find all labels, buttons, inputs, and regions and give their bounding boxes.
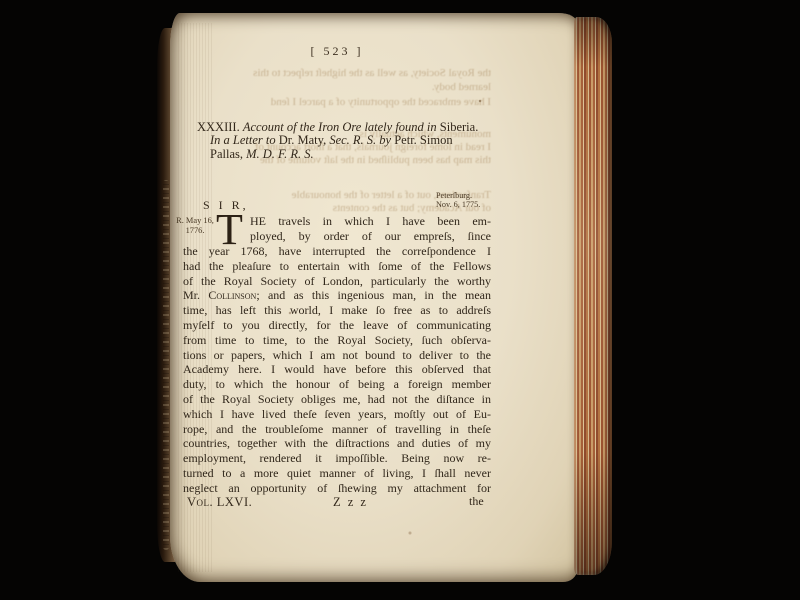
body-line: ployed, by order of our empreſs, ſince [250,229,491,244]
body-line: time, has left this world, I make ſo fre… [183,303,491,318]
adjacent-page-text-sliver [163,180,169,550]
article-title-line-1: XXXIII. Account of the Iron Ore lately f… [197,121,507,134]
body-line: the year 1768, have interrupted the corr… [183,244,491,259]
body-line: from time to time, to the Royal Society,… [183,333,491,348]
bleedthrough-line: the Royal Society, as well as the higheſ… [183,67,491,79]
body-opening-lines: HE travels in which I have been em- ploy… [250,214,491,244]
body-line: which I have lived theſe ſeven years, mo… [183,407,491,422]
body-line: of the Royal Society of London, particul… [183,274,491,289]
margin-note-dateline: Peterſburg. Nov. 6, 1775. [436,191,480,210]
drop-cap: T [216,213,243,247]
body-line: duty, to which the honour of being a for… [183,377,491,392]
book-fore-edge [574,17,612,575]
body-line: neglect an opportunity of ſhewing my att… [183,481,491,496]
body-line: of the Royal Society obliges me, had not… [183,392,491,407]
body-line: myſelf to you directly, for the leave of… [183,318,491,333]
body-line: rope, and the troubleſome manner of trav… [183,422,491,437]
body-line: turned to a more quiet manner of living,… [183,466,491,481]
volume-label: Vol. LXVI. [187,495,252,510]
bleedthrough-line: learned body. [183,81,491,93]
body-line: employment, rendered it impoſſible. Bein… [183,451,491,466]
article-title: XXXIII. Account of the Iron Ore lately f… [197,121,507,161]
signature-mark: Z z z [333,495,368,510]
catchword: the [469,494,484,509]
body-line: HE travels in which I have been em- [250,214,491,229]
article-title-line-2: In a Letter to Dr. Maty, Sec. R. S. by P… [210,134,507,147]
article-number: XXXIII. [197,120,243,134]
body-line: Academy here. I would have before this o… [183,362,491,377]
body-line: tions or papers, which I am not bound to… [183,348,491,363]
body-line: countries, together with the diſtraction… [183,436,491,451]
letter-body: the year 1768, have interrupted the corr… [183,244,491,496]
body-line: Mr. Collinson; and as this ingenious man… [183,288,491,303]
body-line: had the pleaſure to entertain with ſome … [183,259,491,274]
photograph-background: { "page_number": "[ 523 ]", "title": { "… [0,0,800,600]
page-number: [ 523 ] [183,44,491,59]
collinson-smallcaps: Collinson [208,288,256,302]
article-title-line-3: Pallas, M. D. F. R. S. [210,148,507,161]
bleedthrough-line: I have embraced the opportunity of a par… [183,96,491,108]
book-page: [ 523 ] the Royal Society, as well as th… [170,13,577,582]
margin-note-read-date: R. May 16, 1776. [172,216,218,236]
